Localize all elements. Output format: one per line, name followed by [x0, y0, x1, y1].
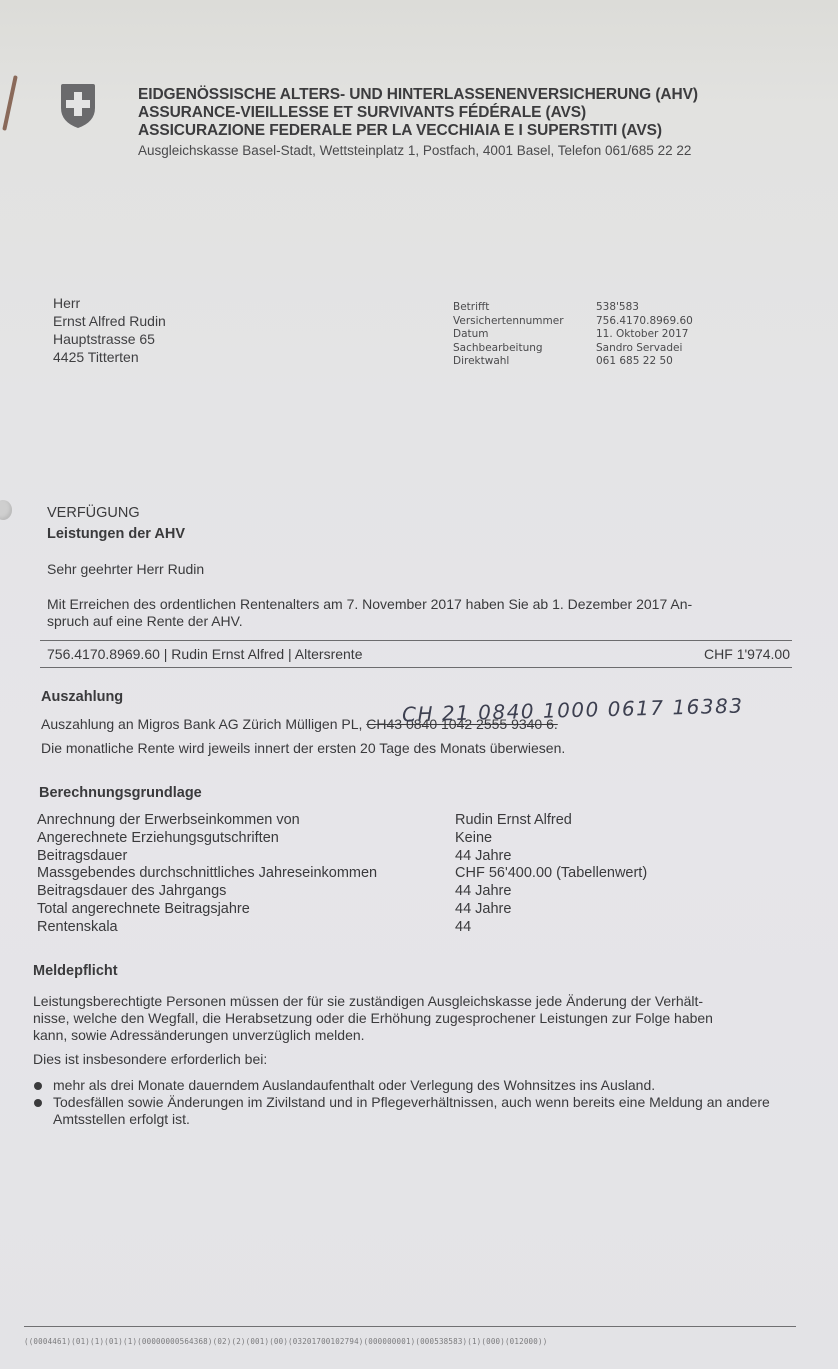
- calc-row: Massgebendes durchschnittliches Jahresei…: [37, 865, 647, 883]
- calc-label: Beitragsdauer: [37, 848, 455, 866]
- calculation-title: Berechnungsgrundlage: [39, 785, 784, 802]
- recipient-name: Ernst Alfred Rudin: [53, 312, 166, 330]
- meta-label: Betrifft: [453, 301, 596, 315]
- pension-amount: CHF 1'974.00: [704, 646, 790, 662]
- calc-label: Angerechnete Erziehungsgutschriften: [37, 830, 455, 848]
- calc-value: 44 Jahre: [455, 883, 511, 901]
- letterhead-it: ASSICURAZIONE FEDERALE PER LA VECCHIAIA …: [138, 122, 698, 140]
- calc-label: Massgebendes durchschnittliches Jahresei…: [37, 865, 455, 883]
- decision-type: VERFÜGUNG: [47, 505, 792, 522]
- meta-row: Datum11. Oktober 2017: [453, 328, 693, 342]
- swiss-shield-icon: [58, 82, 98, 130]
- calc-value: CHF 56'400.00 (Tabellenwert): [455, 865, 647, 883]
- meta-label: Sachbearbeitung: [453, 342, 596, 356]
- pension-reference-row: 756.4170.8969.60 | Rudin Ernst Alfred | …: [47, 646, 790, 662]
- divider: [40, 640, 792, 641]
- meta-label: Direktwahl: [453, 355, 596, 369]
- calc-row: Total angerechnete Beitragsjahre44 Jahre: [37, 901, 647, 919]
- recipient-city: 4425 Titterten: [53, 348, 166, 366]
- calc-label: Beitragsdauer des Jahrgangs: [37, 883, 455, 901]
- reporting-list: mehr als drei Monate dauerndem Auslandau…: [33, 1077, 793, 1128]
- reporting-lead: Dies ist insbesondere erforderlich bei:: [33, 1051, 793, 1068]
- calculation-table: Anrechnung der Erwerbseinkommen vonRudin…: [37, 812, 647, 937]
- decision-subject: Leistungen der AHV: [47, 526, 792, 543]
- reference-meta: Betrifft538'583 Versichertennummer756.41…: [453, 301, 693, 369]
- reporting-line: kann, sowie Adressänderungen unverzüglic…: [33, 1027, 793, 1044]
- footer-barcode-text: ((0004461)(01)(1)(01)(1)(00000000564368)…: [24, 1337, 547, 1346]
- recipient-address: Herr Ernst Alfred Rudin Hauptstrasse 65 …: [53, 294, 166, 366]
- list-item: mehr als drei Monate dauerndem Auslandau…: [33, 1077, 793, 1094]
- payout-note: Die monatliche Rente wird jeweils innert…: [41, 740, 786, 757]
- recipient-street: Hauptstrasse 65: [53, 330, 166, 348]
- sender-address: Ausgleichskasse Basel-Stadt, Wettsteinpl…: [138, 142, 698, 160]
- recipient-salutation: Herr: [53, 294, 166, 312]
- reporting-paragraph: Leistungsberechtigte Personen müssen der…: [33, 993, 793, 1044]
- greeting: Sehr geehrter Herr Rudin: [47, 561, 792, 578]
- calc-row: Anrechnung der Erwerbseinkommen vonRudin…: [37, 812, 647, 830]
- divider: [40, 667, 792, 668]
- calc-row: Rentenskala44: [37, 919, 647, 937]
- intro-line: Mit Erreichen des ordentlichen Rentenalt…: [47, 596, 792, 613]
- calc-label: Anrechnung der Erwerbseinkommen von: [37, 812, 455, 830]
- reporting-title: Meldepflicht: [33, 963, 793, 980]
- calc-row: Beitragsdauer des Jahrgangs44 Jahre: [37, 883, 647, 901]
- calc-value: 44 Jahre: [455, 848, 511, 866]
- calc-row: Beitragsdauer44 Jahre: [37, 848, 647, 866]
- calc-value: 44: [455, 919, 471, 937]
- letterhead-fr: ASSURANCE-VIEILLESSE ET SURVIVANTS FÉDÉR…: [138, 104, 698, 122]
- meta-value: 061 685 22 50: [596, 355, 673, 369]
- calc-value: Rudin Ernst Alfred: [455, 812, 572, 830]
- payout-bank: Auszahlung an Migros Bank AG Zürich Müll…: [41, 716, 366, 732]
- intro-paragraph: Mit Erreichen des ordentlichen Rentenalt…: [47, 596, 792, 630]
- pen-mark: [2, 75, 18, 131]
- meta-value: Sandro Servadei: [596, 342, 682, 356]
- footer-divider: [24, 1326, 796, 1327]
- calculation-heading: Berechnungsgrundlage: [39, 785, 784, 802]
- meta-value: 756.4170.8969.60: [596, 315, 693, 329]
- calc-label: Total angerechnete Beitragsjahre: [37, 901, 455, 919]
- reporting-section: Meldepflicht Leistungsberechtigte Person…: [33, 963, 793, 1128]
- meta-row: Betrifft538'583: [453, 301, 693, 315]
- punch-hole: [0, 500, 12, 520]
- letterhead: EIDGENÖSSISCHE ALTERS- UND HINTERLASSENE…: [138, 86, 698, 160]
- meta-label: Datum: [453, 328, 596, 342]
- meta-row: Direktwahl061 685 22 50: [453, 355, 693, 369]
- calc-value: Keine: [455, 830, 492, 848]
- intro-line: spruch auf eine Rente der AHV.: [47, 613, 792, 630]
- meta-row: SachbearbeitungSandro Servadei: [453, 342, 693, 356]
- meta-row: Versichertennummer756.4170.8969.60: [453, 315, 693, 329]
- reporting-line: nisse, welche den Wegfall, die Herabsetz…: [33, 1010, 793, 1027]
- meta-value: 538'583: [596, 301, 639, 315]
- reporting-line: Leistungsberechtigte Personen müssen der…: [33, 993, 793, 1010]
- decision-heading: VERFÜGUNG Leistungen der AHV: [47, 505, 792, 543]
- calc-row: Angerechnete ErziehungsgutschriftenKeine: [37, 830, 647, 848]
- letterhead-de: EIDGENÖSSISCHE ALTERS- UND HINTERLASSENE…: [138, 86, 698, 104]
- meta-label: Versichertennummer: [453, 315, 596, 329]
- calc-value: 44 Jahre: [455, 901, 511, 919]
- pension-reference: 756.4170.8969.60 | Rudin Ernst Alfred | …: [47, 646, 362, 662]
- meta-value: 11. Oktober 2017: [596, 328, 688, 342]
- list-item: Todesfällen sowie Änderungen im Zivilsta…: [33, 1094, 793, 1128]
- calc-label: Rentenskala: [37, 919, 455, 937]
